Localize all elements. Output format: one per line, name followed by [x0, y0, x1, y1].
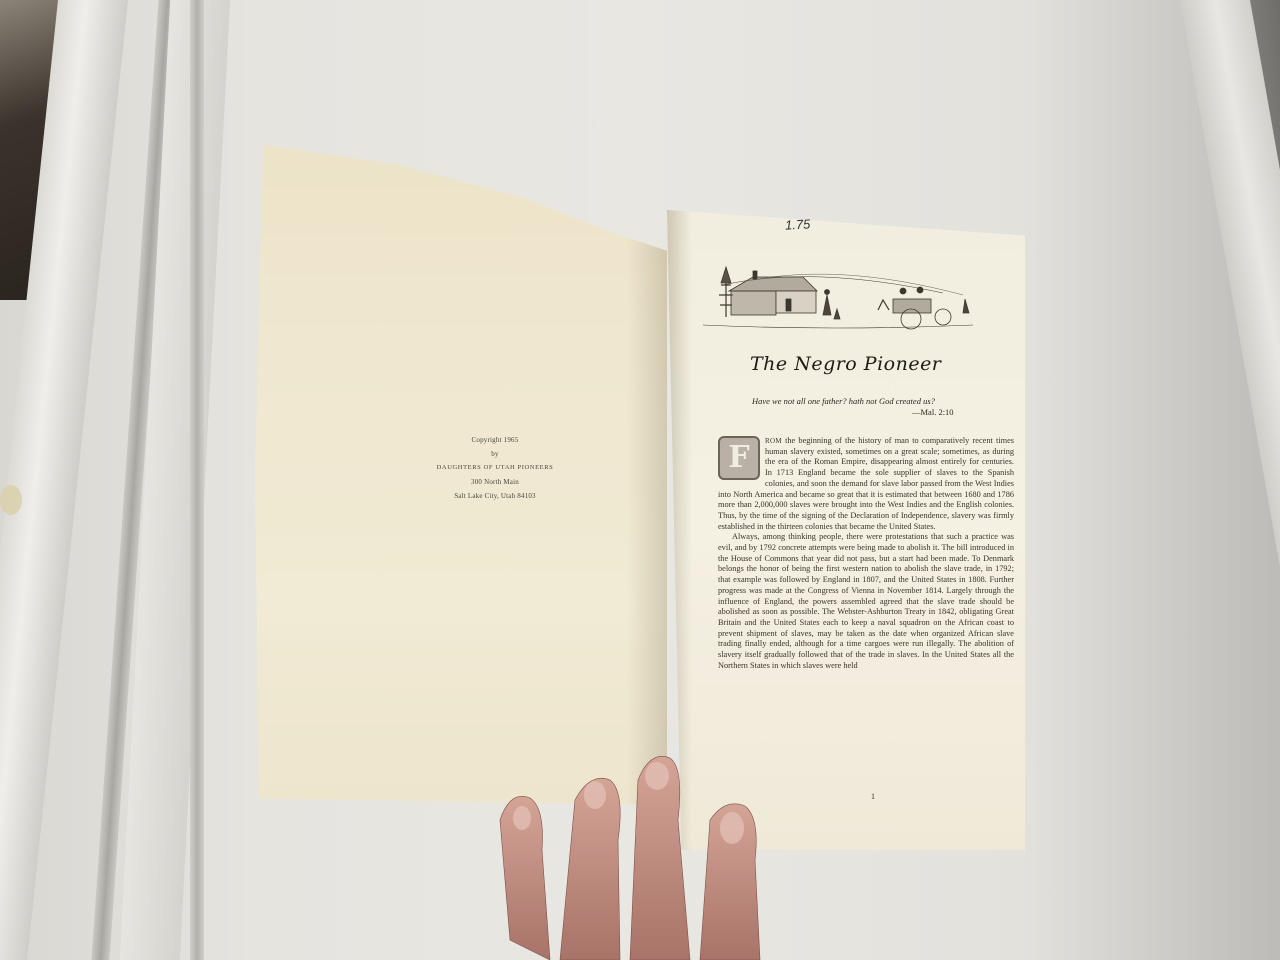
article-body: FROM the beginning of the history of man… — [718, 436, 1014, 671]
copyright-block: Copyright 1965 by DAUGHTERS OF UTAH PION… — [395, 433, 595, 503]
lead-word: ROM — [765, 437, 782, 445]
epigraph-reference: —Mal. 2:10 — [912, 407, 954, 417]
paragraph-text: the beginning of the history of man to c… — [718, 436, 1014, 531]
drop-cap-ornament: F — [718, 436, 760, 480]
handwritten-price: 1.75 — [785, 216, 811, 232]
paragraph: Always, among thinking people, there wer… — [718, 532, 1014, 671]
page-number: 1 — [871, 792, 875, 801]
copyright-line: Copyright 1965 — [395, 433, 595, 447]
pioneer-scene-illustration — [693, 255, 983, 335]
appliance-lid-groove-inner — [190, 0, 204, 960]
page-title: The Negro Pioneer — [750, 353, 941, 375]
epigraph-text: Have we not all one father? hath not God… — [752, 396, 997, 407]
appliance-lid-rail-right — [1180, 0, 1280, 960]
publisher-city: Salt Lake City, Utah 84103 — [395, 489, 595, 503]
paragraph: FROM the beginning of the history of man… — [718, 436, 1014, 532]
publisher-name: DAUGHTERS OF UTAH PIONEERS — [395, 461, 595, 475]
open-booklet: Copyright 1965 by DAUGHTERS OF UTAH PION… — [255, 145, 1025, 795]
surface-stain — [0, 485, 22, 515]
publisher-address: 300 North Main — [395, 475, 595, 489]
copyright-line: by — [395, 447, 595, 461]
hand — [470, 740, 800, 960]
